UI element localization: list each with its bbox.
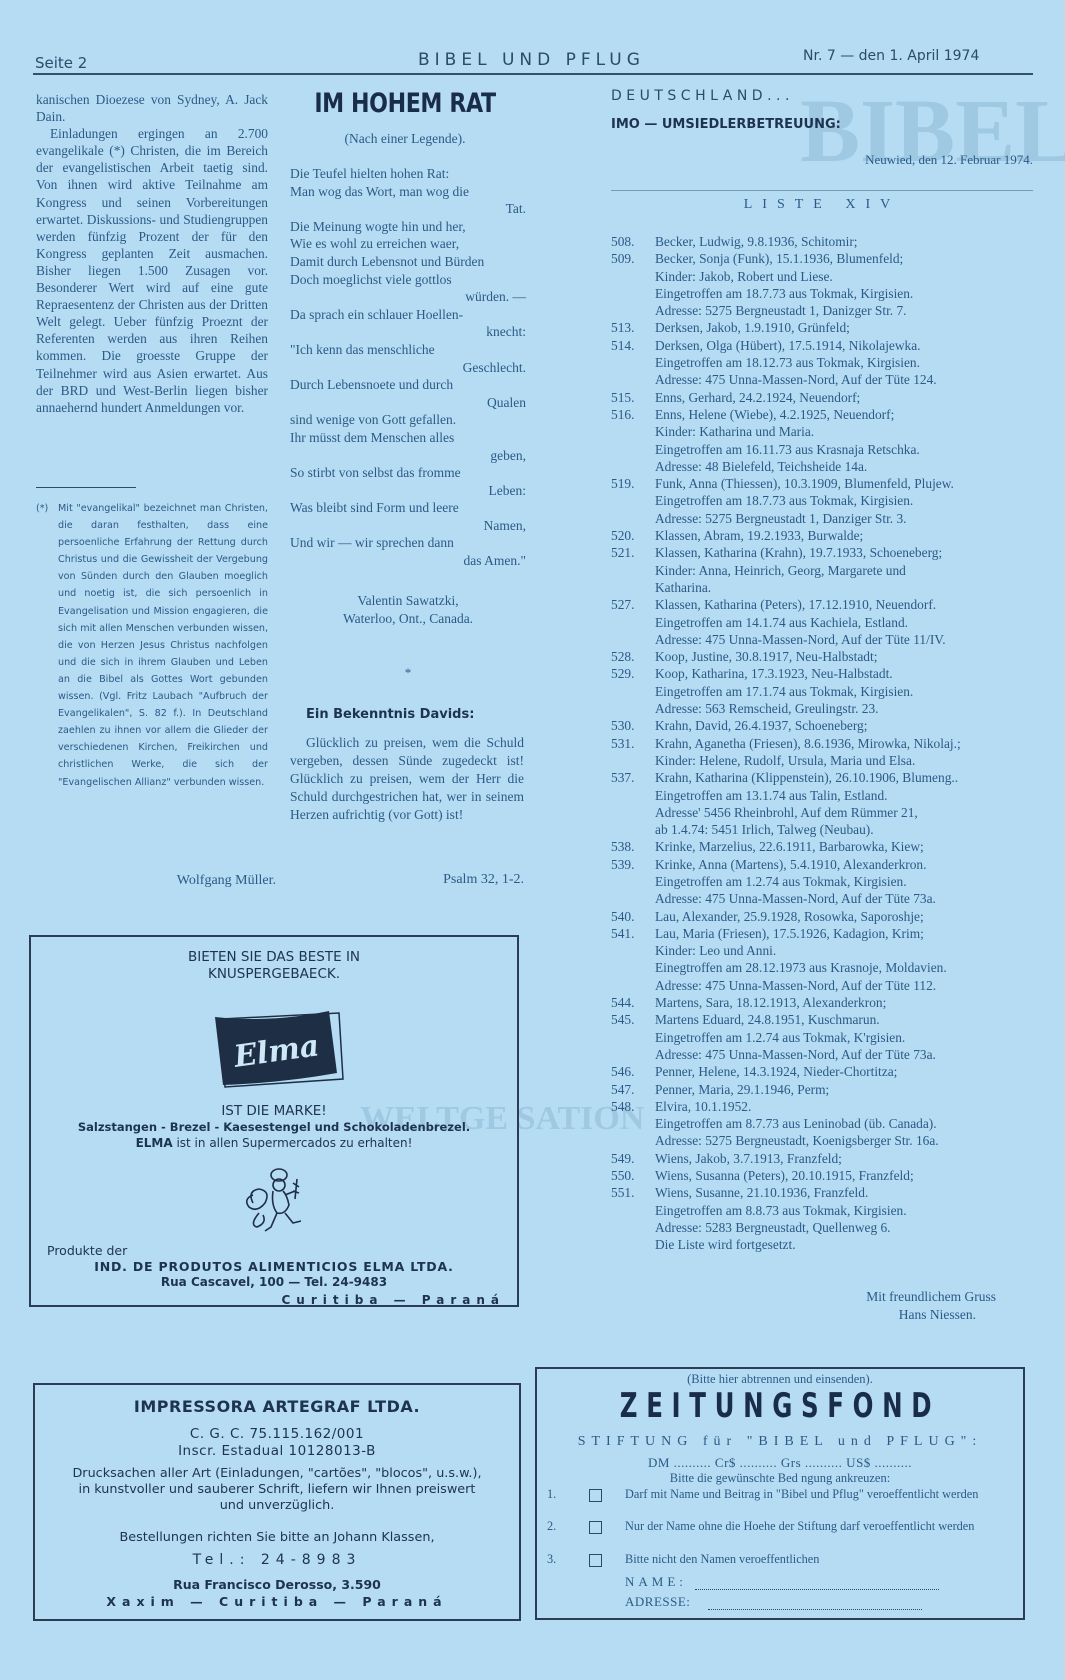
company-city: Curitiba — Paraná — [282, 1293, 506, 1307]
cut-note: (Bitte hier abtrennen und einsenden). — [537, 1372, 1023, 1387]
ad-city: Xaxim — Curitiba — Paraná — [35, 1594, 519, 1609]
poem-line: Die Teufel hielten hohen Rat: — [290, 165, 526, 183]
entry-number: 514. — [611, 337, 634, 354]
list-entry: 508.Becker, Ludwig, 9.8.1936, Schitomir; — [611, 233, 1041, 250]
name-label: NAME: — [625, 1574, 687, 1589]
entry-detail: Eingetroffen am 18.12.73 aus Tokmak, Kir… — [655, 354, 1041, 371]
entry-detail: Adresse: 475 Unna-Massen-Nord, Auf der T… — [655, 371, 1041, 388]
entry-detail: Adresse: 475 Unna-Massen-Nord, Auf der T… — [655, 631, 1041, 648]
masthead: BIBEL UND PFLUG — [418, 50, 645, 70]
list-entry: 539.Krinke, Anna (Martens), 5.4.1910, Al… — [611, 856, 1041, 908]
producer-label: Produkte der — [47, 1243, 127, 1258]
poem-title: IM HOHEM RAT — [307, 88, 504, 119]
entry-person: Wiens, Susanna (Peters), 20.10.1915, Fra… — [655, 1167, 1041, 1184]
option-number: 2. — [547, 1519, 556, 1533]
entry-number: 508. — [611, 233, 634, 250]
entry-detail: Eingetroffen am 1.2.74 aus Tokmak, K'rgi… — [655, 1029, 1041, 1046]
footnote-rule — [36, 487, 136, 488]
list-title: LISTE XIV — [611, 197, 1033, 213]
entry-person: Lau, Maria (Friesen), 17.5.1926, Kadagio… — [655, 925, 1041, 942]
brand-name: ELMA — [136, 1136, 173, 1150]
entry-person: Martens, Sara, 18.12.1913, Alexanderkron… — [655, 994, 1041, 1011]
option-checkbox[interactable] — [589, 1554, 602, 1567]
entry-number: 541. — [611, 925, 634, 942]
entry-person: Enns, Helene (Wiebe), 4.2.1925, Neuendor… — [655, 406, 1041, 423]
entry-person: Martens Eduard, 24.8.1951, Kuschmarun. — [655, 1011, 1041, 1028]
list-entry: 514.Derksen, Olga (Hübert), 17.5.1914, N… — [611, 337, 1041, 389]
elma-advertisement: BIETEN SIE DAS BESTE IN KNUSPERGEBAECK. … — [29, 935, 519, 1307]
entry-number: 527. — [611, 596, 634, 613]
entry-detail: Adresse: 475 Unna-Massen-Nord, Auf der T… — [655, 890, 1041, 907]
list-entry: 544.Martens, Sara, 18.12.1913, Alexander… — [611, 994, 1041, 1011]
address-input[interactable] — [708, 1595, 922, 1610]
entry-detail: Kinder: Katharina und Maria. — [655, 423, 1041, 440]
article-paragraph: kanischen Dioezese von Sydney, A. Jack D… — [36, 91, 268, 125]
entry-number: 548. — [611, 1098, 634, 1115]
poem-line: knecht: — [290, 323, 526, 341]
list-entry: 509.Becker, Sonja (Funk), 15.1.1936, Blu… — [611, 250, 1041, 319]
entry-detail: Adresse: 5283 Bergneustadt, Quellenweg 6… — [655, 1219, 1041, 1236]
dateline: Neuwied, den 12. Februar 1974. — [640, 152, 1033, 168]
coupon-subtitle: STIFTUNG für "BIBEL und PFLUG": — [537, 1434, 1023, 1450]
name-field-row: NAME: — [625, 1574, 939, 1590]
coupon-option: 1. Darf mit Name und Beitrag in "Bibel u… — [547, 1487, 1007, 1501]
state-registration: Inscr. Estadual 10128013-B — [35, 1443, 519, 1459]
list-entry: 540.Lau, Alexander, 25.9.1928, Rosowka, … — [611, 908, 1041, 925]
ad-order-contact: Bestellungen richten Sie bitte an Johann… — [35, 1530, 519, 1545]
entry-person: Derksen, Jakob, 1.9.1910, Grünfeld; — [655, 319, 1041, 336]
entry-number: 530. — [611, 717, 634, 734]
entry-detail: Adresse: 475 Unna-Massen-Nord, Auf der T… — [655, 1046, 1041, 1063]
list-entry: 515.Enns, Gerhard, 24.2.1924, Neuendorf; — [611, 389, 1041, 406]
coupon-option: 3. Bitte nicht den Namen veroeffentliche… — [547, 1552, 1007, 1566]
option-checkbox[interactable] — [589, 1521, 602, 1534]
entry-number: 509. — [611, 250, 634, 267]
list-entry: 513.Derksen, Jakob, 1.9.1910, Grünfeld; — [611, 319, 1041, 336]
company-address: Rua Cascavel, 100 — Tel. 24-9483 — [31, 1275, 517, 1289]
psalm-text: Glücklich zu preisen, wem die Schuld ver… — [290, 734, 524, 824]
entry-detail: Eingetroffen am 13.1.74 aus Talin, Estla… — [655, 787, 1041, 804]
issue-date: Nr. 7 — den 1. April 1974 — [803, 48, 979, 64]
entry-detail: Eingetroffen am 16.11.73 aus Krasnaja Re… — [655, 441, 1041, 458]
list-entry: 551.Wiens, Susanne, 21.10.1936, Franzfel… — [611, 1184, 1041, 1253]
entry-number: 521. — [611, 544, 634, 561]
entry-number: 531. — [611, 735, 634, 752]
list-entry: 531.Krahn, Aganetha (Friesen), 8.6.1936,… — [611, 735, 1041, 770]
ad-slogan: IST DIE MARKE! — [31, 1103, 517, 1119]
psalm-heading: Ein Bekenntnis Davids: — [306, 707, 474, 722]
entry-person: Enns, Gerhard, 24.2.1924, Neuendorf; — [655, 389, 1041, 406]
ad-headline: BIETEN SIE DAS BESTE IN KNUSPERGEBAECK. — [31, 949, 517, 983]
entry-detail: Kinder: Leo und Anni. — [655, 942, 1041, 959]
poem-line: Man wog das Wort, man wog die — [290, 183, 526, 201]
list-entry: 545.Martens Eduard, 24.8.1951, Kuschmaru… — [611, 1011, 1041, 1063]
entry-detail: Die Liste wird fortgesetzt. — [655, 1236, 1041, 1253]
entry-detail: Adresse: 48 Bielefeld, Teichsheide 14a. — [655, 458, 1041, 475]
entry-person: Klassen, Katharina (Peters), 17.12.1910,… — [655, 596, 1041, 613]
coupon-option: 2. Nur der Name ohne die Hoehe der Stift… — [547, 1519, 1007, 1533]
entry-person: Becker, Sonja (Funk), 15.1.1936, Blumenf… — [655, 250, 1041, 267]
list-entry: 541.Lau, Maria (Friesen), 17.5.1926, Kad… — [611, 925, 1041, 994]
list-entry: 549.Wiens, Jakob, 3.7.1913, Franzfeld; — [611, 1150, 1041, 1167]
entry-number: 513. — [611, 319, 634, 336]
entry-number: 515. — [611, 389, 634, 406]
psalm-reference: Psalm 32, 1-2. — [290, 872, 524, 888]
poem-line: sind wenige von Gott gefallen. — [290, 411, 526, 429]
separator-asterisk: * — [290, 665, 526, 681]
entry-detail: Adresse: 475 Unna-Massen-Nord, Auf der T… — [655, 977, 1041, 994]
option-text: Nur der Name ohne die Hoehe der Stiftung… — [625, 1519, 1007, 1533]
poem-line: das Amen." — [290, 552, 526, 570]
amount-fields[interactable]: DM .......... Cr$ .......... Grs .......… — [537, 1455, 1023, 1471]
page-number: Seite 2 — [35, 54, 87, 72]
entry-detail: Kinder: Anna, Heinrich, Georg, Margarete… — [655, 562, 1041, 579]
baker-with-pretzel-icon — [241, 1165, 311, 1237]
entry-detail: Eingetroffen am 18.7.73 aus Tokmak, Kirg… — [655, 285, 1041, 302]
closing-name: Hans Niessen. — [611, 1306, 996, 1324]
poem-line: würden. — — [290, 288, 526, 306]
entry-person: Elvira, 10.1.1952. — [655, 1098, 1041, 1115]
entry-person: Koop, Katharina, 17.3.1923, Neu-Halbstad… — [655, 665, 1041, 682]
entry-person: Krinke, Marzelius, 22.6.1911, Barbarowka… — [655, 838, 1041, 855]
list-entry: 528.Koop, Justine, 30.8.1917, Neu-Halbst… — [611, 648, 1041, 665]
entry-person: Krahn, David, 26.4.1937, Schoeneberg; — [655, 717, 1041, 734]
entry-person: Krahn, Katharina (Klippenstein), 26.10.1… — [655, 769, 1041, 786]
entry-person: Klassen, Katharina (Krahn), 19.7.1933, S… — [655, 544, 1041, 561]
poem-line: Doch moeglichst viele gottlos — [290, 271, 526, 289]
entry-detail: Einegtroffen am 28.12.1973 aus Krasnoje,… — [655, 959, 1041, 976]
coupon-instruction: Bitte die gewünschte Bed ngung ankreuzen… — [537, 1471, 1023, 1486]
option-text: Darf mit Name und Beitrag in "Bibel und … — [625, 1487, 1007, 1501]
ad-telephone: Tel.: 24-8983 — [35, 1552, 519, 1568]
entry-person: Wiens, Jakob, 3.7.1913, Franzfeld; — [655, 1150, 1041, 1167]
entry-person: Krinke, Anna (Martens), 5.4.1910, Alexan… — [655, 856, 1041, 873]
ad-street: Rua Francisco Derosso, 3.590 — [35, 1577, 519, 1592]
poem-subtitle: (Nach einer Legende). — [285, 131, 525, 147]
section-title: DEUTSCHLAND... — [611, 88, 794, 104]
address-field-row: ADRESSE: — [625, 1594, 922, 1610]
list-entry: 527.Klassen, Katharina (Peters), 17.12.1… — [611, 596, 1041, 648]
company-name: IND. DE PRODUTOS ALIMENTICIOS ELMA LTDA. — [31, 1259, 517, 1274]
footnote-text: Mit "evangelikal" bezeichnet man Christe… — [58, 500, 268, 791]
entry-detail: Adresse: 563 Remscheid, Greulingstr. 23. — [655, 700, 1041, 717]
poem-line: Wie es wohl zu erreichen waer, — [290, 235, 526, 253]
author-name: Valentin Sawatzki, — [290, 592, 526, 610]
availability-text: ist in allen Supermercados zu erhalten! — [173, 1136, 413, 1150]
entry-person: Krahn, Aganetha (Friesen), 8.6.1936, Mir… — [655, 735, 1041, 752]
author-place: Waterloo, Ont., Canada. — [290, 610, 526, 628]
entry-number: 544. — [611, 994, 634, 1011]
entry-detail: Adresse' 5456 Rheinbrohl, Auf dem Rümmer… — [655, 804, 1041, 821]
poem-line: Ihr müsst dem Menschen alles — [290, 429, 526, 447]
poem-line: Damit durch Lebensnot und Bürden — [290, 253, 526, 271]
entry-person: Penner, Helene, 14.3.1924, Nieder-Chorti… — [655, 1063, 1041, 1080]
entry-detail: Eingetroffen am 8.8.73 aus Tokmak, Kirgi… — [655, 1202, 1041, 1219]
entry-number: 547. — [611, 1081, 634, 1098]
poem-line: Geschlecht. — [290, 359, 526, 377]
poem-line: Qualen — [290, 394, 526, 412]
section-rule — [611, 190, 1033, 191]
poem-line: "Ich kenn das menschliche — [290, 341, 526, 359]
list-entry: 529.Koop, Katharina, 17.3.1923, Neu-Halb… — [611, 665, 1041, 717]
entry-detail: Eingetroffen am 17.1.74 aus Tokmak, Kirg… — [655, 683, 1041, 700]
list-closing: Mit freundlichem Gruss Hans Niessen. — [611, 1288, 996, 1324]
poem-line: Namen, — [290, 517, 526, 535]
entry-detail: Adresse: 5275 Bergneustadt 1, Danizger S… — [655, 302, 1041, 319]
resettler-list: 508.Becker, Ludwig, 9.8.1936, Schitomir;… — [611, 233, 1041, 1254]
entry-detail: Adresse: 5275 Bergneustadt 1, Danziger S… — [655, 510, 1041, 527]
entry-number: 549. — [611, 1150, 634, 1167]
ad-availability: ELMA ist in allen Supermercados zu erhal… — [31, 1136, 517, 1150]
option-text: Bitte nicht den Namen veroeffentlichen — [625, 1552, 1007, 1566]
list-entry: 530.Krahn, David, 26.4.1937, Schoeneberg… — [611, 717, 1041, 734]
poem-line: Da sprach ein schlauer Hoellen- — [290, 306, 526, 324]
article-signature: Wolfgang Müller. — [36, 873, 276, 889]
list-entry: 521.Klassen, Katharina (Krahn), 19.7.193… — [611, 544, 1041, 596]
entry-detail: Eingetroffen am 14.1.74 aus Kachiela, Es… — [655, 614, 1041, 631]
option-number: 3. — [547, 1552, 556, 1566]
article-continuation: kanischen Dioezese von Sydney, A. Jack D… — [36, 91, 268, 416]
entry-number: 520. — [611, 527, 634, 544]
poem-line: So stirbt von selbst das fromme — [290, 464, 526, 482]
entry-detail: Eingetroffen am 1.2.74 aus Tokmak, Kirgi… — [655, 873, 1041, 890]
poem-line: Und wir — wir sprechen dann — [290, 534, 526, 552]
name-input[interactable] — [695, 1575, 939, 1590]
entry-number: 540. — [611, 908, 634, 925]
ad-title: IMPRESSORA ARTEGRAF LTDA. — [35, 1397, 519, 1416]
closing-greeting: Mit freundlichem Gruss — [611, 1288, 996, 1306]
entry-detail: Katharina. — [655, 579, 1041, 596]
poem-line: Leben: — [290, 482, 526, 500]
list-entry: 547.Penner, Maria, 29.1.1946, Perm; — [611, 1081, 1041, 1098]
entry-number: 529. — [611, 665, 634, 682]
entry-number: 528. — [611, 648, 634, 665]
article-paragraph: Einladungen ergingen an 2.700 evangelika… — [36, 125, 268, 416]
entry-person: Penner, Maria, 29.1.1946, Perm; — [655, 1081, 1041, 1098]
list-entry: 548.Elvira, 10.1.1952.Eingetroffen am 8.… — [611, 1098, 1041, 1150]
poem-author: Valentin Sawatzki, Waterloo, Ont., Canad… — [290, 592, 526, 628]
poem-line: Durch Lebensnoete und durch — [290, 376, 526, 394]
entry-person: Koop, Justine, 30.8.1917, Neu-Halbstadt; — [655, 648, 1041, 665]
entry-number: 539. — [611, 856, 634, 873]
ad-description: Drucksachen aller Art (Einladungen, "car… — [35, 1466, 519, 1514]
entry-person: Derksen, Olga (Hübert), 17.5.1914, Nikol… — [655, 337, 1041, 354]
elma-logo-icon: Elma — [211, 1009, 351, 1094]
entry-person: Wiens, Susanne, 21.10.1936, Franzfeld. — [655, 1184, 1041, 1201]
coupon-title: ZEITUNGSFOND — [605, 1386, 955, 1426]
entry-person: Lau, Alexander, 25.9.1928, Rosowka, Sapo… — [655, 908, 1041, 925]
list-entry: 537.Krahn, Katharina (Klippenstein), 26.… — [611, 769, 1041, 838]
entry-number: 516. — [611, 406, 634, 423]
list-entry: 520.Klassen, Abram, 19.2.1933, Burwalde; — [611, 527, 1041, 544]
list-entry: 516.Enns, Helene (Wiebe), 4.2.1925, Neue… — [611, 406, 1041, 475]
entry-number: 551. — [611, 1184, 634, 1201]
entry-person: Becker, Ludwig, 9.8.1936, Schitomir; — [655, 233, 1041, 250]
list-entry: 519.Funk, Anna (Thiessen), 10.3.1909, Bl… — [611, 475, 1041, 527]
poem-line: Was bleibt sind Form und leere — [290, 499, 526, 517]
entry-person: Klassen, Abram, 19.2.1933, Burwalde; — [655, 527, 1041, 544]
footnote-mark: (*) — [36, 500, 48, 517]
entry-detail: Eingetroffen am 8.7.73 aus Leninobad (üb… — [655, 1115, 1041, 1132]
entry-person: Funk, Anna (Thiessen), 10.3.1909, Blumen… — [655, 475, 1041, 492]
entry-detail: ab 1.4.74: 5451 Irlich, Talweg (Neubau). — [655, 821, 1041, 838]
poem-line: Tat. — [290, 200, 526, 218]
entry-detail: Eingetroffen am 18.7.73 aus Tokmak, Kirg… — [655, 492, 1041, 509]
list-entry: 546.Penner, Helene, 14.3.1924, Nieder-Ch… — [611, 1063, 1041, 1080]
donation-coupon: (Bitte hier abtrennen und einsenden). ZE… — [535, 1367, 1025, 1620]
entry-number: 550. — [611, 1167, 634, 1184]
ad-headline-line: BIETEN SIE DAS BESTE IN — [31, 949, 517, 966]
entry-detail: Adresse: 5275 Bergneustadt, Koenigsberge… — [655, 1132, 1041, 1149]
entry-number: 519. — [611, 475, 634, 492]
ad-products: Salzstangen - Brezel - Kaesestengel und … — [31, 1120, 517, 1134]
entry-number: 545. — [611, 1011, 634, 1028]
footnote: (*) Mit "evangelikal" bezeichnet man Chr… — [36, 500, 268, 791]
list-entry: 538.Krinke, Marzelius, 22.6.1911, Barbar… — [611, 838, 1041, 855]
subsection-title: IMO — UMSIEDLERBETREUUNG: — [611, 117, 841, 132]
poem-line: Die Meinung wogte hin und her, — [290, 218, 526, 236]
tax-id: C. G. C. 75.115.162/001 — [35, 1426, 519, 1442]
entry-detail: Kinder: Jakob, Robert und Liese. — [655, 268, 1041, 285]
address-label: ADRESSE: — [625, 1594, 690, 1609]
option-checkbox[interactable] — [589, 1489, 602, 1502]
list-entry: 550.Wiens, Susanna (Peters), 20.10.1915,… — [611, 1167, 1041, 1184]
ad-headline-line: KNUSPERGEBAECK. — [31, 966, 517, 983]
entry-number: 537. — [611, 769, 634, 786]
entry-number: 538. — [611, 838, 634, 855]
entry-number: 546. — [611, 1063, 634, 1080]
header-rule — [33, 73, 1033, 75]
artegraf-advertisement: IMPRESSORA ARTEGRAF LTDA. C. G. C. 75.11… — [33, 1383, 521, 1621]
option-number: 1. — [547, 1487, 556, 1501]
entry-detail: Kinder: Helene, Rudolf, Ursula, Maria un… — [655, 752, 1041, 769]
poem-body: Die Teufel hielten hohen Rat:Man wog das… — [290, 165, 526, 570]
poem-line: geben, — [290, 447, 526, 465]
